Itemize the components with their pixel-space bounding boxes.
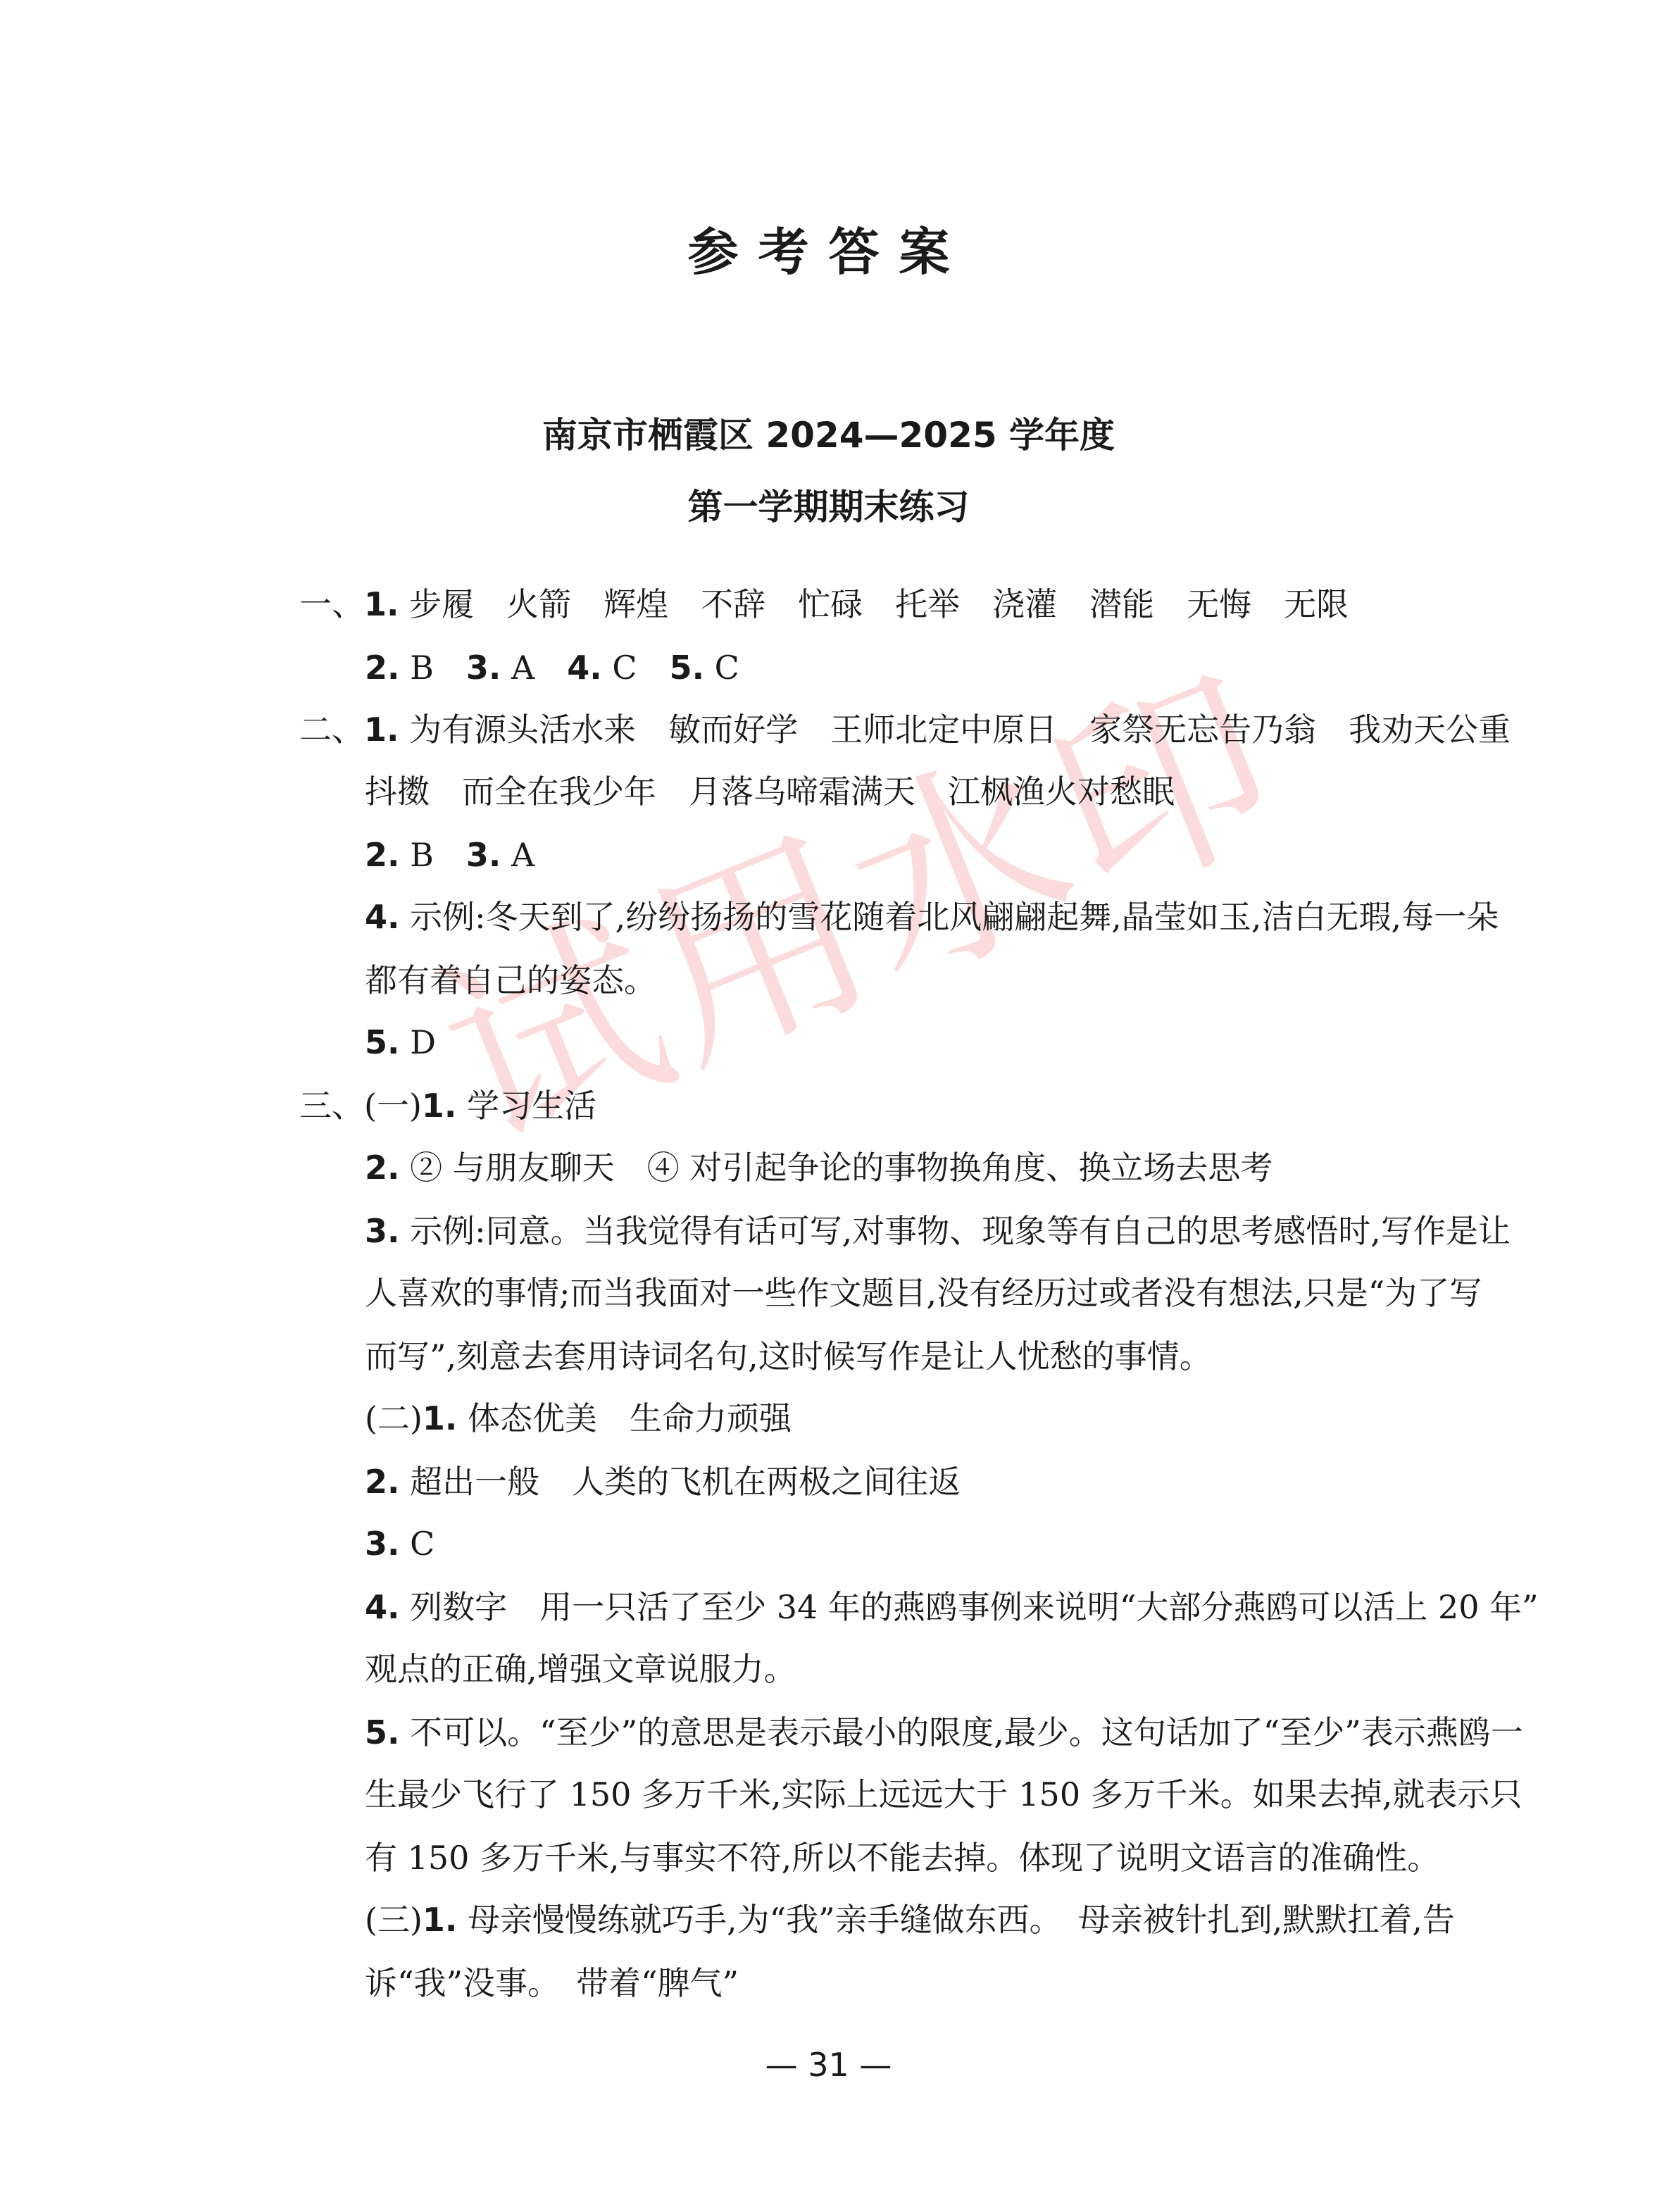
exam-subtitle: 第一学期期末练习	[0, 479, 1657, 530]
question-number: 5.	[365, 1023, 399, 1061]
answer-line: 观点的正确,增强文章说服力。	[365, 1648, 796, 1690]
answer-line: 抖擞 而全在我少年 月落乌啼霜满天 江枫渔火对愁眠	[365, 770, 1175, 813]
answer-line: (二)1. 体态优美 生命力顽强	[365, 1397, 792, 1439]
page-number: — 31 —	[0, 2046, 1657, 2084]
question-number: 5.	[365, 1713, 399, 1751]
answer-line: 一、1. 步履 火箭 辉煌 不辞 忙碌 托举 浇灌 潜能 无悔 无限	[299, 583, 1349, 625]
answer-text: 三、(一)	[299, 1087, 422, 1125]
answer-text: 而写”,刻意去套用诗词名句,这时候写作是让人忧愁的事情。	[365, 1337, 1212, 1375]
answer-line: 三、(一)1. 学习生活	[299, 1085, 596, 1127]
question-number: 1.	[423, 1901, 457, 1939]
answer-text: 观点的正确,增强文章说服力。	[365, 1650, 796, 1688]
answer-text: 体态优美 生命力顽强	[457, 1399, 792, 1437]
answer-text: 母亲慢慢练就巧手,为“我”亲手缝做东西。 母亲被针扎到,默默扛着,告	[457, 1901, 1455, 1939]
answer-text: 为有源头活水来 敏而好学 王师北定中原日 家祭无忘告乃翁 我劝天公重	[399, 711, 1511, 749]
question-number: 2.	[365, 836, 399, 874]
answer-text: B	[399, 836, 465, 874]
answer-text: D	[399, 1023, 436, 1061]
answer-text: 示例:冬天到了,纷纷扬扬的雪花随着北风翩翩起舞,晶莹如玉,洁白无瑕,每一朵	[399, 898, 1499, 936]
question-number: 2.	[365, 1149, 399, 1187]
question-number: 4.	[365, 898, 399, 936]
question-number: 1.	[423, 1399, 457, 1437]
answer-text: A	[501, 649, 567, 687]
question-number: 1.	[364, 711, 399, 749]
answer-line: 都有着自己的姿态。	[365, 959, 656, 1001]
page-title: 参考答案	[0, 211, 1657, 285]
answer-line: 4. 示例:冬天到了,纷纷扬扬的雪花随着北风翩翩起舞,晶莹如玉,洁白无瑕,每一朵	[365, 896, 1499, 938]
answer-line: 5. D	[365, 1021, 436, 1063]
exam-title: 南京市栖霞区 2024—2025 学年度	[0, 407, 1657, 458]
answer-text: 抖擞 而全在我少年 月落乌啼霜满天 江枫渔火对愁眠	[365, 773, 1175, 811]
answer-text: ② 与朋友聊天 ④ 对引起争论的事物换角度、换立场去思考	[399, 1149, 1273, 1187]
answer-line: 二、1. 为有源头活水来 敏而好学 王师北定中原日 家祭无忘告乃翁 我劝天公重	[299, 708, 1511, 751]
answer-text: 步履 火箭 辉煌 不辞 忙碌 托举 浇灌 潜能 无悔 无限	[399, 585, 1349, 623]
question-number: 2.	[365, 649, 399, 687]
answer-line: (三)1. 母亲慢慢练就巧手,为“我”亲手缝做东西。 母亲被针扎到,默默扛着,告	[365, 1899, 1455, 1941]
question-number: 5.	[670, 649, 704, 687]
answer-text: 一、	[299, 585, 364, 623]
answer-text: 生最少飞行了 150 多万千米,实际上远远大于 150 多万千米。如果去掉,就表…	[365, 1775, 1522, 1813]
question-number: 1.	[422, 1087, 456, 1125]
question-number: 2.	[365, 1463, 399, 1501]
answer-line: 2. B 3. A 4. C 5. C	[365, 646, 739, 689]
answer-text: 有 150 多万千米,与事实不符,所以不能去掉。体现了说明文语言的准确性。	[365, 1839, 1439, 1877]
answer-text: C	[602, 649, 670, 687]
answer-line: 5. 不可以。“至少”的意思是表示最小的限度,最少。这句话加了“至少”表示燕鸥一	[365, 1711, 1523, 1754]
answer-line: 人喜欢的事情;而当我面对一些作文题目,没有经历过或者没有想法,只是“为了写	[365, 1272, 1482, 1314]
question-number: 3.	[365, 1212, 399, 1250]
answer-text: (三)	[365, 1901, 423, 1939]
question-number: 3.	[466, 649, 501, 687]
answer-text: 超出一般 人类的飞机在两极之间往返	[399, 1463, 961, 1501]
answer-text: 诉“我”没事。 带着“脾气”	[365, 1964, 739, 2002]
answer-line: 2. ② 与朋友聊天 ④ 对引起争论的事物换角度、换立场去思考	[365, 1146, 1273, 1189]
answer-text: 示例:同意。当我觉得有话可写,对事物、现象等有自己的思考感悟时,写作是让	[399, 1212, 1510, 1250]
answer-line: 2. B 3. A	[365, 834, 534, 876]
question-number: 4.	[567, 649, 601, 687]
question-number: 4.	[365, 1588, 399, 1626]
answer-line: 有 150 多万千米,与事实不符,所以不能去掉。体现了说明文语言的准确性。	[365, 1837, 1439, 1879]
question-number: 3.	[466, 836, 501, 874]
answer-text: 不可以。“至少”的意思是表示最小的限度,最少。这句话加了“至少”表示燕鸥一	[399, 1713, 1522, 1751]
answer-line: 2. 超出一般 人类的飞机在两极之间往返	[365, 1461, 961, 1503]
answer-text: B	[399, 649, 465, 687]
answer-text: 学习生活	[456, 1087, 596, 1125]
answer-line: 4. 列数字 用一只活了至少 34 年的燕鸥事例来说明“大部分燕鸥可以活上 20…	[365, 1586, 1539, 1628]
answer-text: 人喜欢的事情;而当我面对一些作文题目,没有经历过或者没有想法,只是“为了写	[365, 1274, 1482, 1312]
answer-text: (二)	[365, 1399, 423, 1437]
question-number: 3.	[365, 1525, 399, 1563]
answer-line: 生最少飞行了 150 多万千米,实际上远远大于 150 多万千米。如果去掉,就表…	[365, 1773, 1522, 1816]
answer-line: 3. C	[365, 1523, 434, 1565]
answer-line: 而写”,刻意去套用诗词名句,这时候写作是让人忧愁的事情。	[365, 1335, 1212, 1377]
answer-text: C	[399, 1525, 434, 1563]
answer-text: 都有着自己的姿态。	[365, 961, 656, 999]
question-number: 1.	[364, 585, 399, 623]
answer-text: 二、	[299, 711, 364, 749]
answer-line: 诉“我”没事。 带着“脾气”	[365, 1962, 739, 2004]
answer-text: C	[704, 649, 739, 687]
answer-line: 3. 示例:同意。当我觉得有话可写,对事物、现象等有自己的思考感悟时,写作是让	[365, 1210, 1511, 1252]
answer-text: 列数字 用一只活了至少 34 年的燕鸥事例来说明“大部分燕鸥可以活上 20 年”	[399, 1588, 1538, 1626]
answer-text: A	[501, 836, 534, 874]
